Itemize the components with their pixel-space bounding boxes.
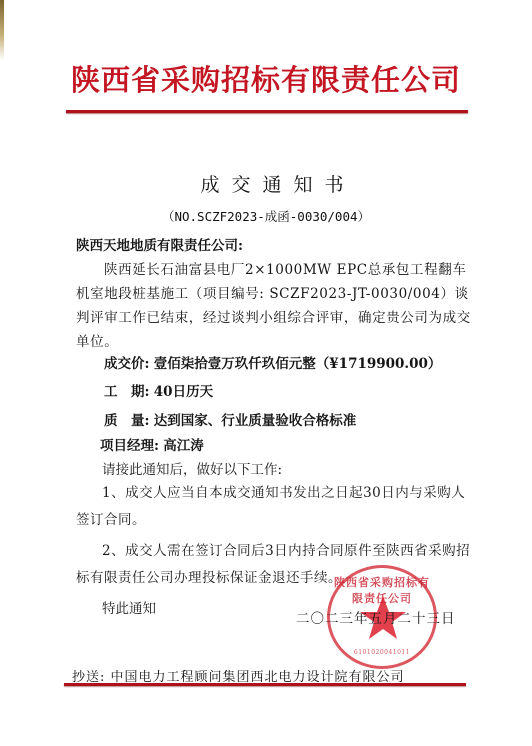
body-paragraph: 陕西延长石油富县电厂2×1000MW EPC总承包工程翻车机室地段桩基施工（项目… <box>76 258 476 354</box>
price-label: 成交价: <box>104 356 149 372</box>
quality-value: 达到国家、行业质量验收合格标准 <box>154 413 357 429</box>
manager-value: 高江涛 <box>163 438 204 454</box>
price-value: 壹佰柒拾壹万玖仟玖佰元整（¥1719900.00） <box>154 356 442 372</box>
instructions-intro: 请接此通知后，做好以下工作: <box>102 458 282 482</box>
seal-code: 6101020041011 <box>330 649 434 656</box>
document-number: （NO.SCZF2023-成函-0030/004） <box>0 207 532 225</box>
period-label: 工 期: <box>104 384 149 400</box>
issue-date: 二〇二三年五月二十三日 <box>296 607 456 627</box>
field-quality: 质 量: 达到国家、行业质量验收合格标准 <box>104 409 356 433</box>
instruction-item: 1、成交人应当自本成交通知书发出之日起30日内与采购人签订合同。 <box>76 480 476 534</box>
letterhead-company: 陕西省采购招标有限责任公司 <box>0 58 532 99</box>
document-title: 成交通知书 <box>0 170 532 197</box>
cc-rule <box>64 683 466 686</box>
quality-label: 质 量: <box>104 413 149 429</box>
period-value: 40日历天 <box>154 384 213 400</box>
field-period: 工 期: 40日历天 <box>104 380 213 404</box>
letterhead-rule <box>66 110 468 113</box>
closing-remark: 特此通知 <box>102 597 156 621</box>
field-manager: 项目经理: 高江涛 <box>100 434 204 458</box>
manager-label: 项目经理: <box>100 438 159 454</box>
recipient: 陕西天地地质有限责任公司: <box>76 234 476 258</box>
paper-edge <box>0 0 4 60</box>
field-price: 成交价: 壹佰柒拾壹万玖仟玖佰元整（¥1719900.00） <box>104 352 441 376</box>
